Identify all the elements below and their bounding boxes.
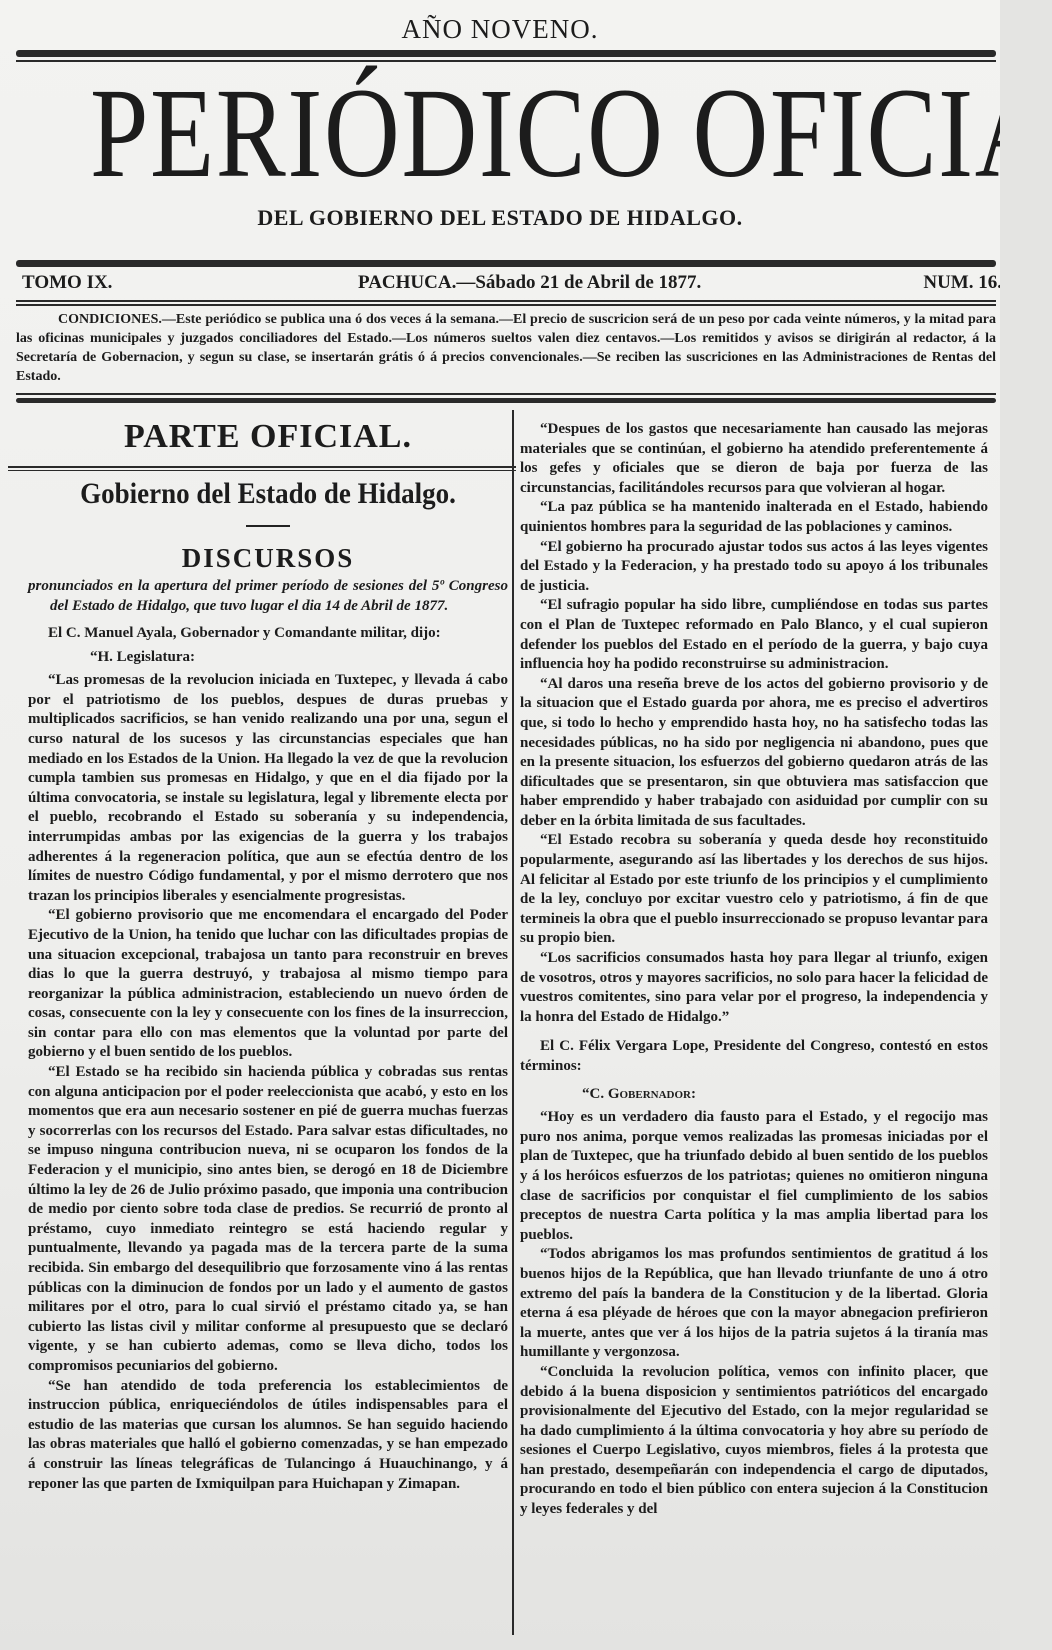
right-column: “Despues de los gastos que necesariament…: [520, 420, 988, 1520]
dateline-rule: [16, 260, 996, 267]
discursos-intro: pronunciados en la apertura del primer p…: [28, 576, 508, 616]
speaker-line: El C. Manuel Ayala, Gobernador y Comanda…: [28, 624, 508, 644]
short-divider: [246, 525, 290, 527]
paragraph: “El sufragio popular ha sido libre, cump…: [520, 596, 988, 674]
section-title: PARTE OFICIAL.: [28, 418, 508, 456]
discursos-title: DISCURSOS: [28, 543, 508, 574]
paragraph: “Todos abrigamos los mas profundos senti…: [520, 1245, 988, 1363]
subscription-conditions: CONDICIONES.—Este periódico se publica u…: [16, 310, 996, 386]
reply-intro: El C. Félix Vergara Lope, Presidente del…: [520, 1037, 988, 1076]
paragraph: “La paz pública se ha mantenido inaltera…: [520, 498, 988, 537]
paragraph: “El Estado recobra su soberanía y queda …: [520, 831, 988, 949]
paragraph: “Concluida la revolucion política, vemos…: [520, 1363, 988, 1520]
paragraph: “Al daros una reseña breve de los actos …: [520, 675, 988, 832]
paragraph: “El gobierno ha procurado ajustar todos …: [520, 538, 988, 597]
reply-salutation: “C. Gobernador:: [520, 1085, 988, 1105]
issue-number: NUM. 16.: [923, 272, 1002, 294]
masthead-title: PERIÓDICO OFICIAL: [90, 68, 910, 198]
header-rule-top: [16, 50, 996, 57]
left-column: PARTE OFICIAL. Gobierno del Estado de Hi…: [28, 418, 508, 1494]
scan-margin: [1000, 0, 1052, 1650]
paragraph: “El gobierno provisorio que me encomenda…: [28, 906, 508, 1063]
conditions-rule-top: [16, 300, 996, 302]
paragraph: “El Estado se ha recibido sin hacienda p…: [28, 1063, 508, 1377]
conditions-rule-bottom-thick: [16, 398, 996, 403]
government-title: Gobierno del Estado de Hidalgo.: [52, 477, 484, 511]
volume-label: TOMO IX.: [22, 272, 112, 294]
place-date: PACHUCA.—Sábado 21 de Abril de 1877.: [358, 272, 701, 294]
masthead-subtitle: DEL GOBIERNO DEL ESTADO DE HIDALGO.: [0, 205, 1000, 231]
newspaper-page: AÑO NOVENO. PERIÓDICO OFICIAL DEL GOBIER…: [0, 0, 1000, 1650]
section-rule-thin: [8, 470, 516, 471]
column-divider: [512, 410, 514, 1635]
conditions-rule-top-2: [16, 304, 996, 306]
paragraph: “Las promesas de la revolucion iniciada …: [28, 671, 508, 906]
paragraph: “Hoy es un verdadero dia fausto para el …: [520, 1108, 988, 1245]
year-label: AÑO NOVENO.: [0, 14, 1000, 45]
section-rule: [8, 466, 516, 468]
paragraph: “Se han atendido de toda preferencia los…: [28, 1377, 508, 1495]
salutation: “H. Legislatura:: [28, 648, 508, 668]
paragraph: “Despues de los gastos que necesariament…: [520, 420, 988, 498]
conditions-rule-bottom: [16, 393, 996, 395]
paragraph: “Los sacrificios consumados hasta hoy pa…: [520, 949, 988, 1027]
